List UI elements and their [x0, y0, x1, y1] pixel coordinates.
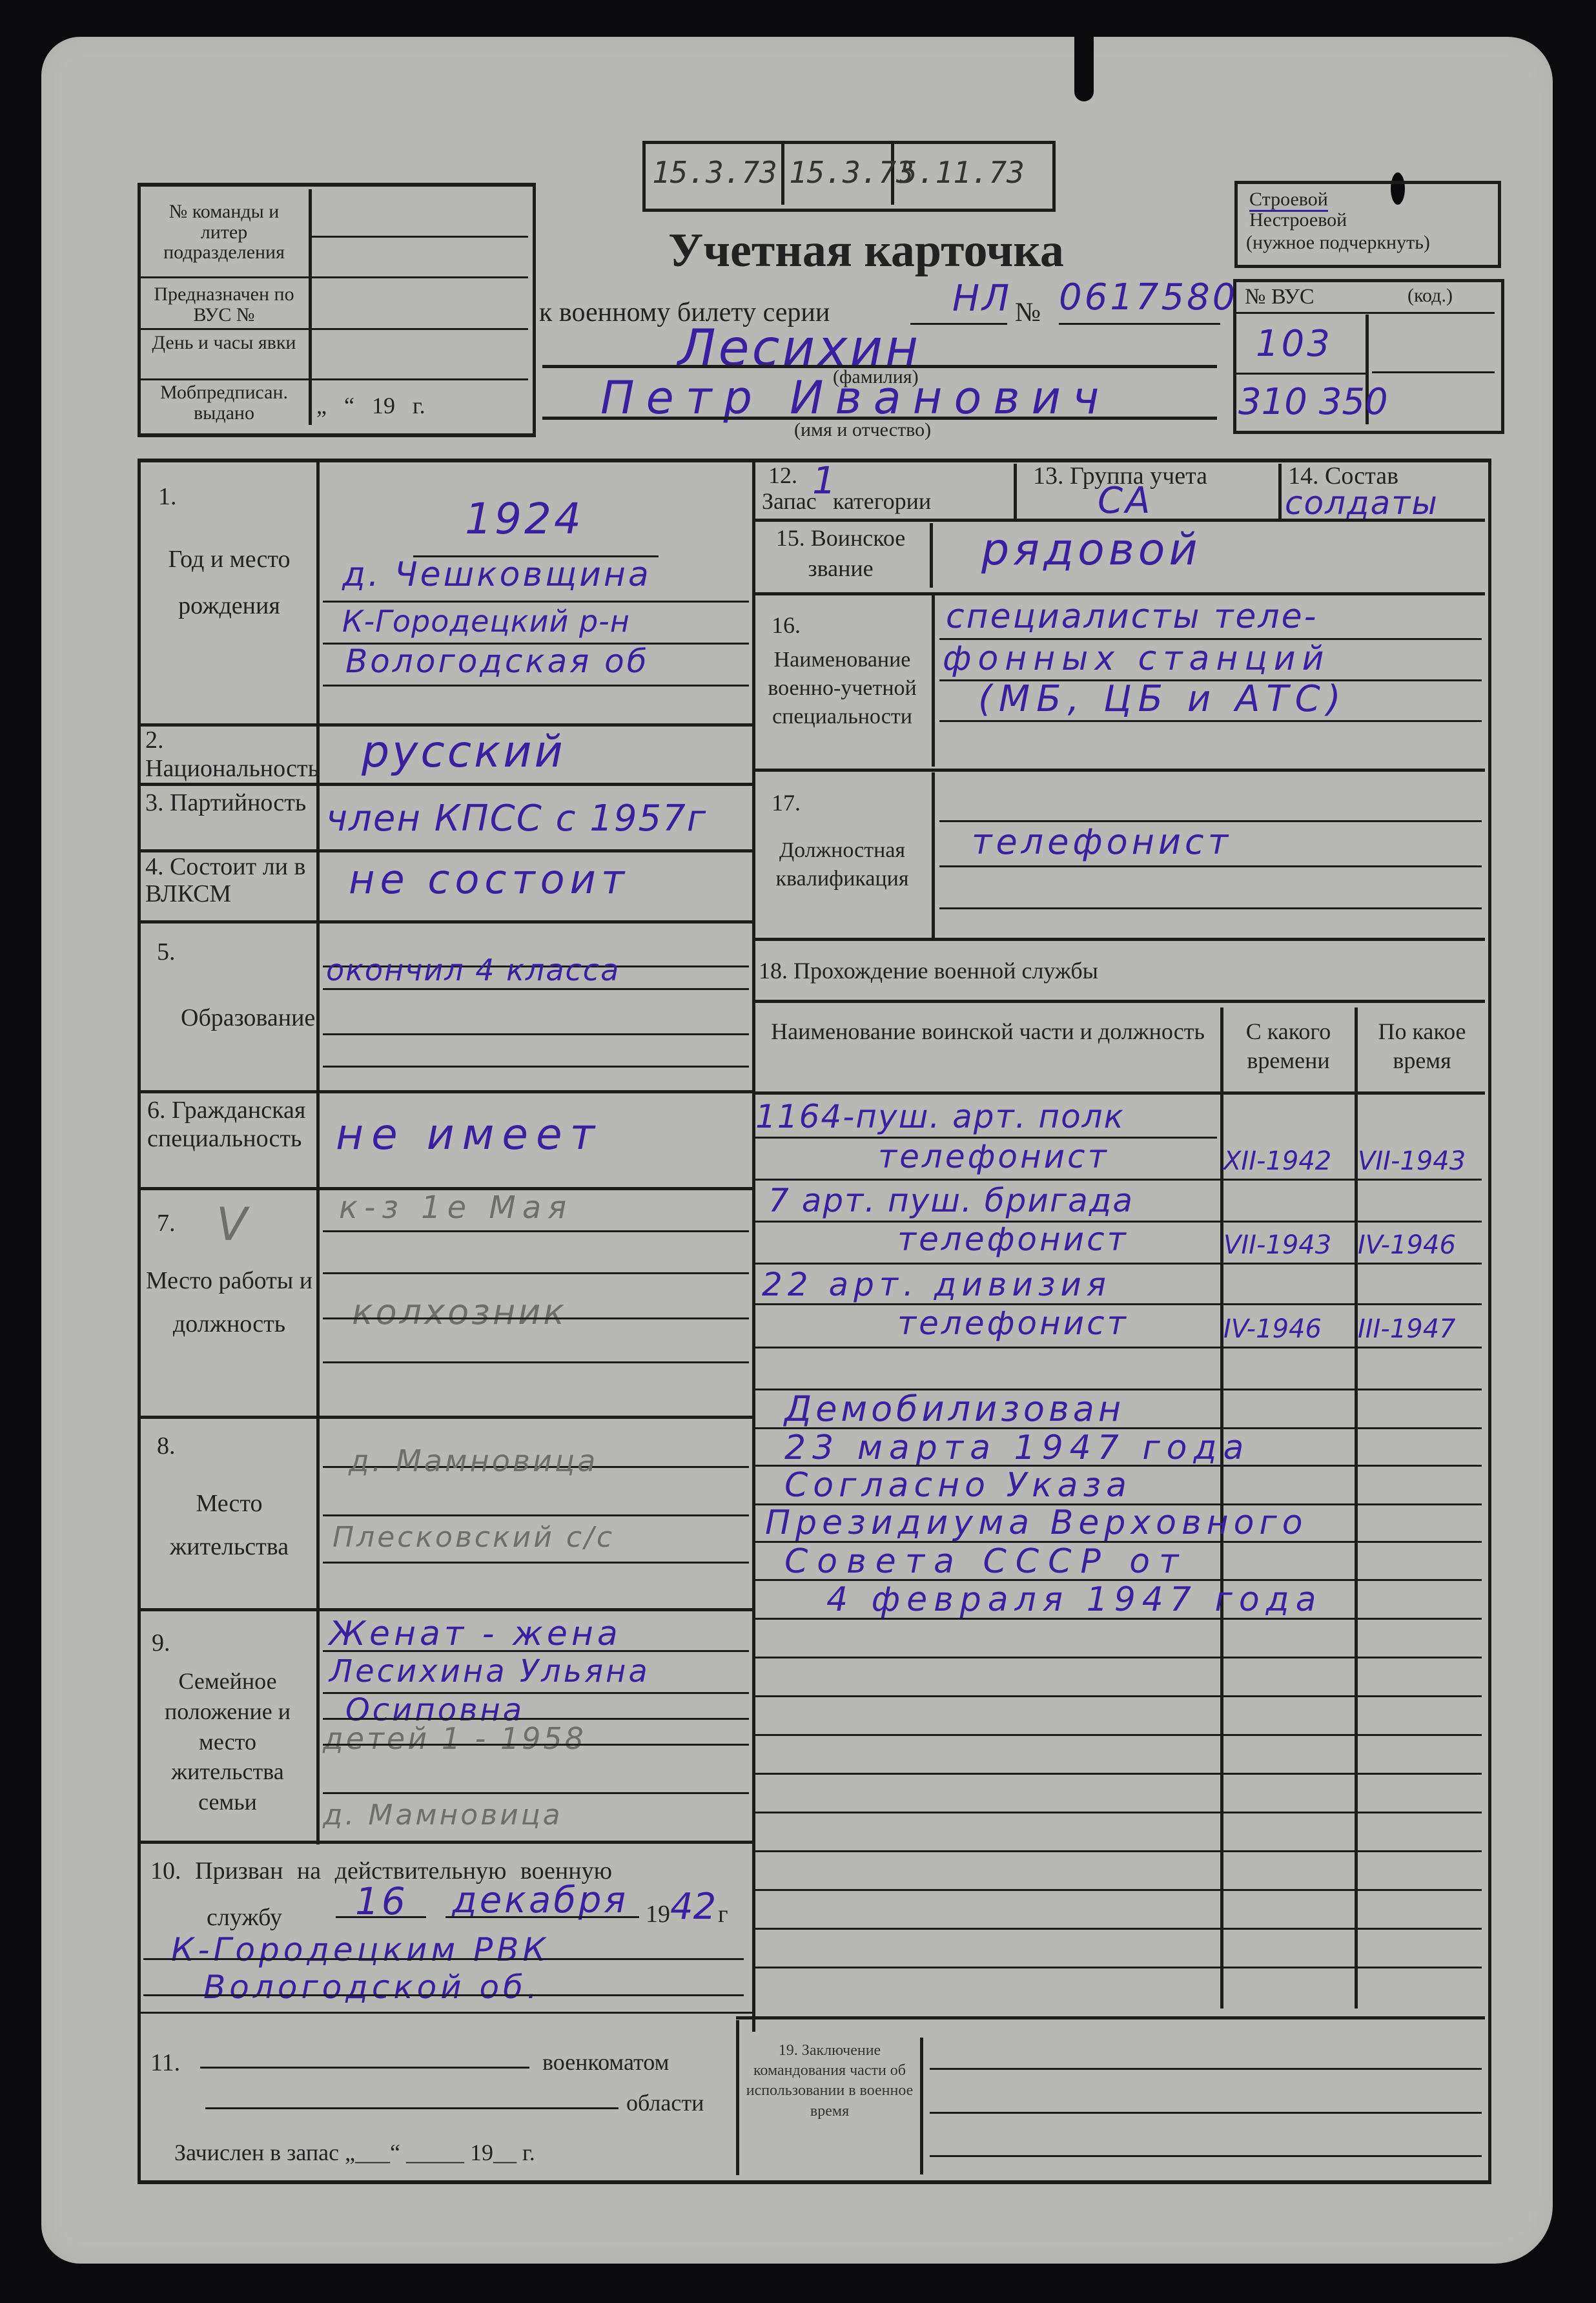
- vus-value-1: 103: [1256, 323, 1333, 365]
- field-8-label: Место жительства: [145, 1482, 313, 1568]
- underline: [755, 1773, 1482, 1775]
- divider: [141, 783, 752, 786]
- position-value: колхозник: [352, 1292, 567, 1332]
- header-to: По какое время: [1359, 1017, 1485, 1075]
- vus-header: № ВУС: [1245, 285, 1315, 309]
- service-row-2-to: IV-1946: [1358, 1230, 1456, 1260]
- underline: [323, 685, 749, 687]
- service-row-2-role: телефонист: [897, 1221, 1129, 1258]
- name-caption: (имя и отчество): [794, 420, 931, 440]
- header-unit: Наименование воинской части и должность: [762, 1017, 1214, 1046]
- children-value: детей 1 - 1958: [323, 1721, 586, 1756]
- specialty-value-3: (МБ, ЦБ и АТС): [978, 678, 1347, 720]
- divider: [755, 938, 1485, 941]
- field-15-label: 15. Воинское звание: [757, 523, 925, 584]
- divider: [736, 2016, 1485, 2019]
- underline: [323, 1033, 749, 1035]
- vus-code-header: (код.): [1407, 285, 1453, 306]
- series-value: НЛ: [952, 278, 1012, 320]
- nationality-value: русский: [362, 727, 566, 778]
- field-10-label-2: службу: [207, 1905, 282, 1931]
- divider: [1236, 373, 1366, 375]
- label-team-number: № команды и литер подразделения: [143, 201, 305, 263]
- underline: [755, 1179, 1482, 1181]
- workplace-value: к-з 1е Мая: [339, 1190, 573, 1226]
- service-row-3-from: IV-1946: [1223, 1314, 1322, 1344]
- conscription-year: 42: [670, 1886, 716, 1928]
- field-4-label: 4. Состоит ли в ВЛКСМ: [145, 854, 313, 908]
- underline: [323, 1650, 749, 1652]
- underline: [143, 1994, 744, 1996]
- underline: [910, 323, 1007, 325]
- education-value: окончил 4 класса: [326, 953, 620, 987]
- service-row-1-to: VII-1943: [1358, 1146, 1466, 1176]
- underline: [755, 1263, 1482, 1265]
- underline: [323, 988, 749, 990]
- field-11-label-1: военкоматом: [542, 2050, 669, 2075]
- service-type-option-2: Нестроевой: [1249, 210, 1347, 231]
- divider: [141, 378, 528, 380]
- divider: [930, 523, 933, 588]
- service-row-1-from: XII-1942: [1223, 1146, 1331, 1176]
- divider: [932, 772, 935, 940]
- underline: [930, 2155, 1482, 2157]
- underline: [323, 1230, 749, 1232]
- underline: [755, 1657, 1482, 1658]
- underline: [930, 2068, 1482, 2070]
- divider: [312, 236, 528, 238]
- field-16-number: 16.: [772, 614, 801, 638]
- recruiting-office-2: Вологодской об.: [203, 1968, 541, 2006]
- divider: [141, 276, 528, 278]
- field-9-label: Семейное положение и место жительства се…: [145, 1666, 310, 1817]
- field-12-number: 12.: [768, 464, 797, 488]
- underline: [755, 1347, 1482, 1348]
- family-residence-value: д. Мамновица: [323, 1799, 563, 1832]
- underline: [200, 2067, 529, 2069]
- service-row-1-unit: 1164-пуш. арт. полк: [755, 1098, 1125, 1135]
- specialty-value-2: фонных станций: [943, 639, 1330, 678]
- underline: [205, 2107, 619, 2109]
- field-19-label: 19. Заключение командования части об исп…: [742, 2041, 917, 2122]
- underline: [1059, 323, 1220, 325]
- underline: [755, 1889, 1482, 1891]
- party-value: член КПСС с 1957г: [326, 798, 707, 840]
- field-16-label: Наименование военно-учетной специальност…: [757, 646, 928, 732]
- service-type-hint: (нужное подчеркнуть): [1246, 232, 1430, 253]
- registration-group-value: СА: [1098, 480, 1152, 522]
- label-mob-order: Мобпредписан. выдано: [143, 382, 305, 423]
- divider: [141, 1841, 752, 1844]
- underline: [930, 2112, 1482, 2114]
- underline: [323, 1317, 749, 1319]
- field-8-number: 8.: [157, 1434, 176, 1460]
- underline: [323, 1361, 749, 1363]
- field-2-label: 2. Национальность: [145, 727, 313, 783]
- page-title: Учетная карточка: [668, 226, 1064, 276]
- underline: [939, 865, 1482, 867]
- mob-order-date: „ “ 19 г.: [316, 394, 425, 418]
- service-row-2-unit: 7 арт. пуш. бригада: [768, 1182, 1134, 1219]
- underline: [755, 1618, 1482, 1620]
- note-line-3: Согласно Указа: [784, 1466, 1132, 1505]
- conscription-year-prefix: 19: [646, 1902, 670, 1928]
- divider: [920, 2038, 923, 2174]
- underline: [143, 1958, 744, 1960]
- underline: [939, 907, 1482, 909]
- birth-place-3: Вологодская об: [345, 643, 650, 680]
- underline: [755, 1967, 1482, 1968]
- note-line-2: 23 марта 1947 года: [784, 1429, 1250, 1467]
- field-19-box: [736, 2020, 739, 2175]
- field-17-label: Должностная квалификация: [757, 836, 928, 893]
- divider: [1278, 464, 1282, 519]
- field-17-number: 17.: [772, 791, 801, 816]
- underline: [323, 1562, 749, 1564]
- field-18-label: 18. Прохождение военной службы: [759, 959, 1098, 984]
- field-11-number: 11.: [150, 2050, 180, 2076]
- note-line-4: Президиума Верховного: [765, 1503, 1308, 1542]
- field-9-number: 9.: [152, 1631, 170, 1657]
- rank-value: рядовой: [981, 524, 1202, 575]
- divider: [932, 595, 935, 767]
- divider: [1372, 371, 1495, 373]
- ticket-number: 0617580: [1059, 276, 1238, 318]
- divider: [141, 920, 752, 924]
- underline: [323, 1718, 749, 1720]
- punch-hole: [1074, 30, 1094, 101]
- underline: [755, 1695, 1482, 1697]
- specialty-value-1: специалисты теле-: [946, 597, 1318, 636]
- reserve-enrollment: Зачислен в запас „___“ _____ 19__ г.: [174, 2141, 535, 2165]
- birth-place-2: К-Городецкий р-н: [342, 604, 630, 639]
- divider: [781, 143, 784, 205]
- field-1-number: 1.: [158, 484, 177, 510]
- checkmark-icon: V: [216, 1198, 250, 1251]
- divider: [755, 592, 1485, 595]
- field-7-number: 7.: [157, 1211, 176, 1237]
- underline: [755, 1850, 1482, 1852]
- header-from: С какого времени: [1225, 1017, 1351, 1075]
- underline: [939, 720, 1482, 722]
- underline: [323, 601, 749, 603]
- service-type-option-1: Строевой: [1249, 189, 1328, 212]
- underline: [336, 1916, 426, 1918]
- divider: [316, 462, 320, 1844]
- stamp-date-1: 15.3.73: [652, 155, 777, 190]
- marital-status-2: Лесихина Ульяна: [329, 1653, 650, 1689]
- residence-value-1: д. Мамновица: [349, 1443, 598, 1478]
- divider: [141, 849, 752, 852]
- underline: [323, 1514, 749, 1516]
- divider: [755, 1000, 1485, 1003]
- field-5-label: Образование: [181, 991, 271, 1046]
- field-12-label-3: категории: [833, 490, 931, 514]
- field-3-label: 3. Партийность: [145, 789, 313, 818]
- divider: [141, 328, 528, 330]
- divider: [141, 1416, 752, 1419]
- service-row-3-unit: 22 арт. дивизия: [762, 1266, 1111, 1303]
- field-5-number: 5.: [157, 940, 176, 966]
- underline: [323, 1272, 749, 1274]
- underline: [755, 1928, 1482, 1930]
- divider: [141, 1608, 752, 1611]
- service-row-1-role: телефонист: [878, 1138, 1109, 1175]
- field-12-label: Запас: [762, 490, 817, 514]
- note-line-1: Демобилизован: [784, 1389, 1125, 1429]
- komsomol-value: не состоит: [349, 856, 629, 903]
- number-label: №: [1015, 298, 1041, 327]
- underline: [445, 1916, 639, 1918]
- underline: [755, 1812, 1482, 1813]
- conscription-year-suffix: г: [718, 1902, 728, 1928]
- center-divider: [752, 462, 755, 2032]
- birth-year: 1924: [465, 494, 584, 544]
- divider: [1014, 464, 1017, 519]
- divider: [141, 2012, 752, 2014]
- note-line-5: Совета СССР от: [784, 1542, 1187, 1581]
- qualification-value: телефонист: [972, 821, 1232, 862]
- service-row-3-role: телефонист: [897, 1305, 1129, 1342]
- service-row-2-from: VII-1943: [1223, 1230, 1331, 1260]
- field-11-label-2: области: [626, 2091, 704, 2116]
- recruiting-office-1: К-Городецким РВК: [171, 1931, 549, 1968]
- divider: [755, 769, 1485, 772]
- residence-value-2: Плесковский с/с: [332, 1521, 615, 1554]
- divider: [309, 189, 312, 425]
- label-report-time: День и часы явки: [143, 333, 305, 353]
- underline: [323, 1744, 749, 1746]
- underline: [755, 1734, 1482, 1736]
- divider: [755, 1091, 1485, 1095]
- field-6-label: 6. Гражданская специальность: [147, 1097, 312, 1153]
- divider: [755, 519, 1485, 522]
- underline: [323, 1792, 749, 1794]
- stamp-date-3: 5.11.73: [899, 155, 1025, 190]
- label-vus-assigned: Предназначен по ВУС №: [143, 284, 305, 325]
- conscription-month: декабря: [452, 1879, 628, 1921]
- birth-place-1: д. Чешковщина: [342, 555, 651, 594]
- divider: [1236, 312, 1495, 314]
- service-row-3-to: III-1947: [1358, 1314, 1456, 1344]
- note-line-6: 4 февраля 1947 года: [826, 1580, 1322, 1619]
- divider: [141, 1090, 752, 1093]
- field-7-label: Место работы и должность: [145, 1259, 313, 1345]
- vus-value-2: 310 350: [1238, 381, 1388, 423]
- marital-status-1: Женат - жена: [329, 1615, 622, 1653]
- civil-specialty-value: не имеет: [336, 1110, 602, 1159]
- field-1-label: Год и место рождения: [145, 536, 313, 629]
- composition-value: солдаты: [1285, 484, 1438, 522]
- stamp-date-2: 15.3.73: [789, 155, 914, 190]
- underline: [323, 1066, 749, 1068]
